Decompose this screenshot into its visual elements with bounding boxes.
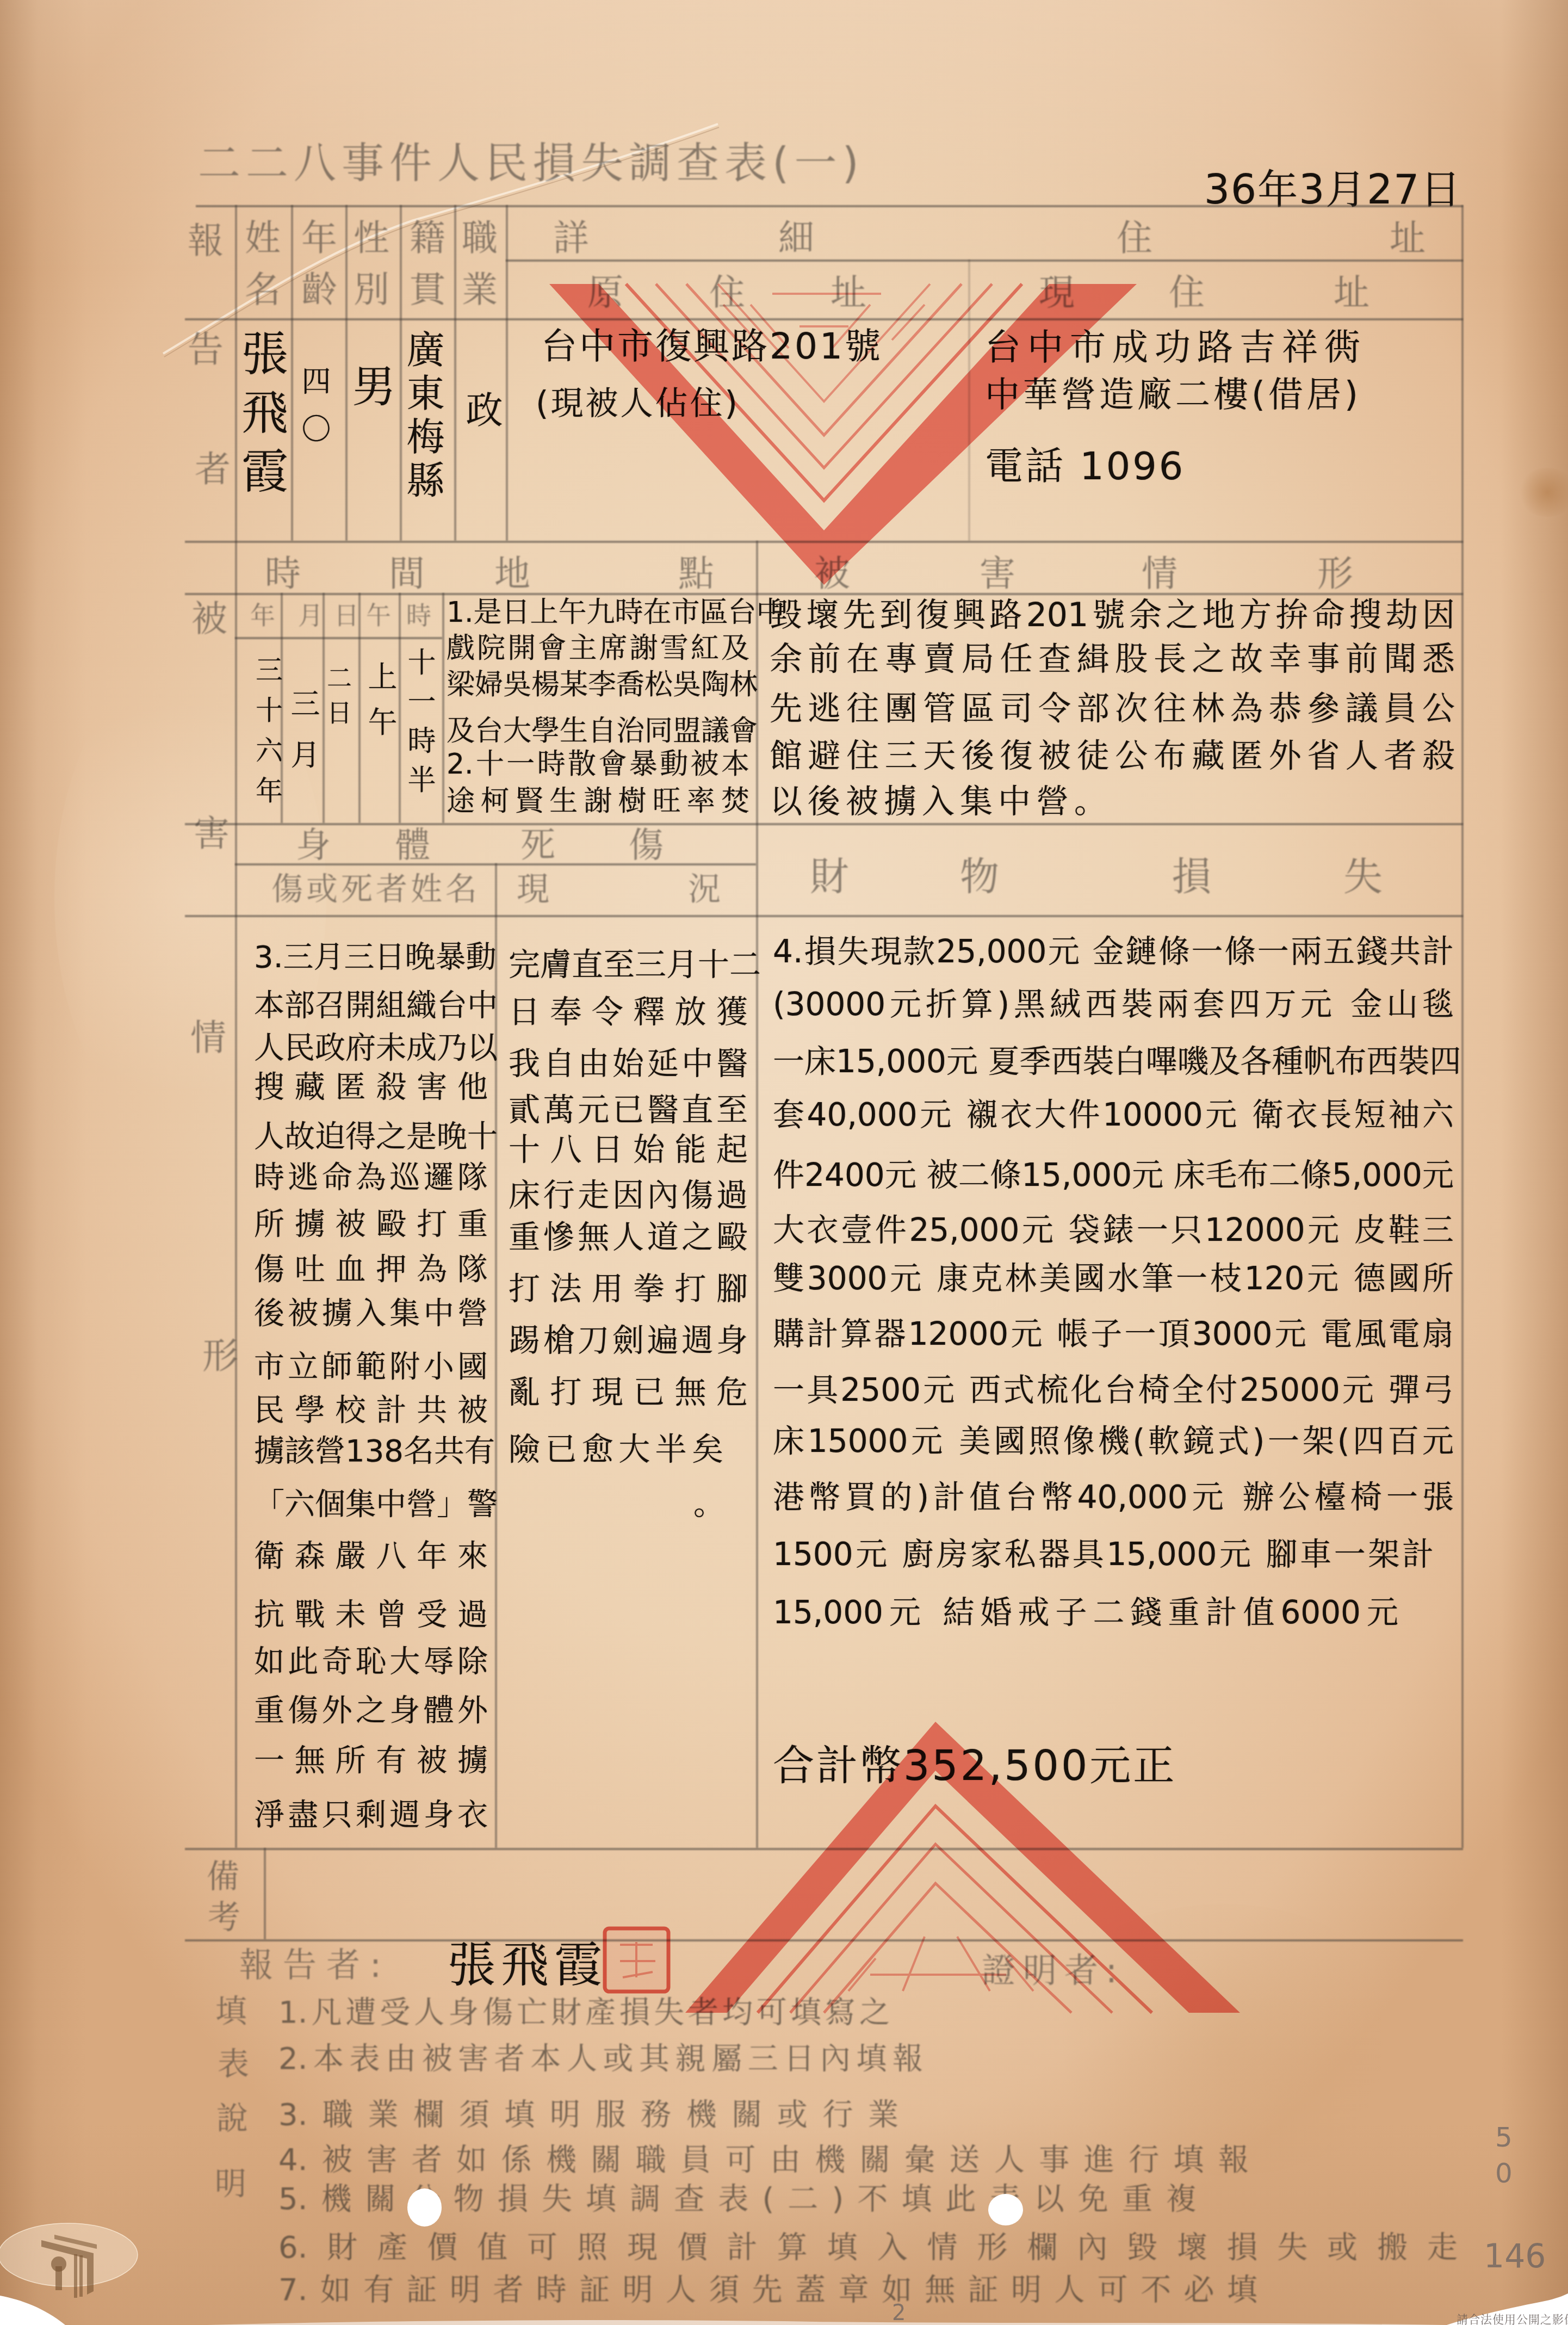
header-time-place: 地	[494, 556, 530, 592]
header-casualties: 傷	[629, 828, 664, 863]
header-current-address: 址	[1334, 275, 1369, 311]
watermark-text: 請合法使用公開之影像	[1457, 2311, 1568, 2325]
witness-signature-label: 證明者:	[982, 1954, 1125, 1988]
header-original-address: 原	[587, 275, 623, 311]
status-line: 險已愈大半矣	[509, 1433, 723, 1465]
damage-section-label-char: 被	[191, 601, 227, 637]
status-line: 。	[693, 1488, 725, 1519]
header-name: 名	[245, 272, 281, 308]
reporter-signature: 張飛霞	[448, 1941, 608, 1989]
form-rule	[454, 205, 456, 541]
incident-day: 二日	[325, 665, 350, 734]
form-rule	[185, 318, 1463, 320]
punch-hole	[407, 2188, 442, 2227]
reporter-name: 張飛霞	[237, 329, 284, 505]
reporter-occupation: 政	[462, 391, 499, 428]
header-original-address: 住	[709, 275, 745, 311]
header-time-unit: 年	[250, 603, 275, 628]
header-property: 物	[960, 857, 999, 896]
casualty-line: 所擄被毆打重	[254, 1209, 488, 1240]
casualty-line: 傷吐血押為隊	[254, 1254, 488, 1285]
casualty-line: 人故迫得之是晚十	[254, 1122, 488, 1152]
casualty-line: 淨盡只剩週身衣	[254, 1800, 488, 1831]
status-line: 完膚直至三月十二	[509, 949, 748, 980]
instruction-item: 1.凡遭受人身傷亡財產損失者均可填寫之	[278, 1998, 890, 2028]
original-address-line: 台中市復興路201號	[541, 329, 883, 364]
header-casualties: 身	[296, 828, 331, 863]
header-casualty-status: 況	[688, 873, 721, 906]
form-rule	[185, 1939, 1463, 1941]
header-time-place: 間	[389, 556, 425, 592]
header-sex: 性	[354, 220, 389, 256]
form-rule	[185, 823, 1463, 825]
header-address: 詳	[553, 220, 589, 256]
status-line: 日奉令釋放獲	[509, 996, 748, 1028]
header-property: 損	[1172, 857, 1211, 896]
header-occupation: 業	[462, 272, 498, 308]
status-line: 床行走因內傷過	[509, 1179, 748, 1211]
casualty-line: 市立師範附小國	[254, 1352, 488, 1382]
reporter-section-label-char: 者	[195, 452, 231, 487]
folio-number: 146	[1484, 2240, 1546, 2273]
paper-stain	[1033, 1904, 1414, 2176]
casualty-line: 衛森嚴八年來	[254, 1541, 488, 1572]
property-line: 港幣買的)計值台幣40,000元 辦公檯椅一張	[773, 1481, 1454, 1513]
rust-stain	[1517, 468, 1568, 517]
status-line: 我自由始延中醫	[509, 1048, 748, 1079]
property-line: 4.損失現款25,000元 金鏈條一條一兩五錢共計	[773, 936, 1454, 967]
original-address-note: (現被人佔住)	[536, 387, 740, 420]
form-rule	[506, 205, 508, 541]
header-situation: 情	[1142, 556, 1177, 592]
scanned-document-page: 二二八事件人民損失調查表(一) 36年3月27日 報 告 者 姓 年 性 籍 職…	[0, 0, 1568, 2325]
casualty-line: 如此奇恥大辱除	[254, 1647, 488, 1677]
instructions-label-char: 說	[216, 2103, 248, 2134]
instructions-label-char: 表	[218, 2048, 249, 2080]
property-line: 15,000元 結婚戒子二錢重計值6000元	[773, 1597, 1398, 1628]
property-line: 床15000元 美國照像機(軟鏡式)一架(四百元	[773, 1425, 1454, 1457]
situation-line: 余前在專賣局任查緝股長之故幸事前聞悉	[770, 643, 1455, 676]
header-age: 年	[301, 220, 337, 256]
report-date: 36年3月27日	[1204, 170, 1461, 210]
place-line: 1.是日上午九時在市區台中	[447, 598, 749, 627]
form-title: 二二八事件人民損失調查表(一)	[198, 143, 864, 185]
instruction-item: 7.如有証明者時証明人須先蓋章如無証明人可不必填	[278, 2275, 1257, 2305]
current-address-line: 台中市成功路吉祥衖	[985, 330, 1367, 366]
form-rule	[196, 205, 1463, 207]
damage-section-label-char: 害	[194, 816, 230, 852]
status-line: 貳萬元已醫直至	[509, 1094, 748, 1126]
place-line: 戲院開會主席謝雪紅及	[447, 634, 749, 663]
form-rule	[506, 259, 1463, 262]
header-time-unit: 月	[298, 603, 323, 628]
header-address: 細	[778, 220, 814, 256]
form-rule	[185, 1848, 1463, 1850]
casualty-line: 一無所有被擄	[254, 1746, 488, 1776]
form-rule	[291, 205, 293, 541]
place-line: 途柯賢生謝樹旺率焚	[447, 787, 749, 815]
header-casualty-status: 現	[517, 873, 549, 906]
casualty-line: 本部召開組織台中	[254, 991, 488, 1021]
property-line: 1500元 廚房家私器具15,000元 腳車一架計	[773, 1538, 1434, 1570]
phone-number: 電話 1096	[985, 447, 1185, 485]
header-age: 齡	[301, 272, 337, 308]
remarks-label-char: 考	[208, 1901, 240, 1934]
casualty-line: 3.三月三日晚暴動	[254, 942, 488, 973]
status-line: 踢槍刀劍遍週身	[509, 1325, 748, 1356]
instructions-label-char: 填	[215, 1995, 247, 2027]
status-line: 重慘無人道之毆	[509, 1221, 748, 1253]
casualty-line: 時逃命為巡邏隊	[254, 1162, 488, 1193]
instruction-item: 2.本表由被害者本人或其親屬三日內填報	[278, 2044, 923, 2074]
casualty-line: 人民政府未成乃以	[254, 1033, 488, 1063]
property-line: 件2400元 被二條15,000元 床毛布二條5,000元	[773, 1159, 1454, 1191]
header-situation: 被	[814, 556, 850, 592]
header-original-address: 址	[831, 275, 866, 311]
remarks-label-char: 備	[207, 1860, 239, 1893]
reporter-age: 四〇	[299, 366, 329, 461]
place-line: 2.十一時散會暴動被本	[447, 750, 749, 778]
incident-year: 三十六年	[253, 656, 281, 817]
property-line: 雙3000元 康克林美國水筆一枝120元 德國所	[773, 1263, 1454, 1294]
punch-hole	[988, 2194, 1023, 2225]
situation-line: 毀壞先到復興路201號余之地方拚命搜劫因	[770, 599, 1455, 632]
incident-period: 上午	[365, 661, 395, 752]
reporter-signature-label: 報告者:	[239, 1949, 391, 1982]
casualty-line: 「六個集中營」警	[254, 1489, 488, 1520]
header-property: 財	[810, 857, 849, 896]
incident-month: 三月	[288, 688, 318, 790]
property-line: (30000元折算)黑絨西裝兩套四万元 金山毯	[773, 988, 1454, 1020]
casualty-line: 後被擄入集中營	[254, 1298, 488, 1329]
status-line: 亂打現已無危	[509, 1376, 748, 1408]
casualty-line: 民學校計共被	[254, 1395, 488, 1426]
situation-line: 先逃往團管區司令部次往林為恭參議員公	[770, 692, 1455, 725]
header-time-unit: 日	[334, 603, 359, 628]
place-line: 及台大學生自治同盟議會	[447, 717, 749, 745]
header-time-place: 點	[678, 556, 714, 592]
form-rule	[968, 259, 970, 541]
header-casualties: 死	[520, 828, 555, 863]
property-line: 套40,000元 襯衣大件10000元 衛衣長短袖六	[773, 1099, 1454, 1130]
situation-line: 館避住三天後復被徒公布藏匿外省人者殺	[770, 740, 1455, 772]
header-time-unit: 午	[366, 603, 391, 628]
reporter-seal-icon	[605, 1928, 668, 1992]
casualty-line: 抗戰未曾受過	[254, 1600, 488, 1630]
header-casualties: 體	[395, 828, 430, 863]
instruction-item: 6.財產價值可照現價計算填入情形欄內毀壞損失或搬走	[278, 2233, 1458, 2263]
header-time-unit: 時	[406, 603, 431, 628]
header-situation: 害	[980, 556, 1015, 592]
instruction-item: 4.被害者如係機關職員可由機關彙送人事進行填報	[278, 2145, 1249, 2175]
form-rule	[235, 637, 442, 639]
header-address: 住	[1117, 220, 1152, 256]
header-current-address: 住	[1169, 275, 1205, 311]
property-line: 大衣壹件25,000元 袋錶一只12000元 皮鞋三	[773, 1214, 1454, 1246]
form-rule	[185, 541, 1463, 543]
situation-line: 以後被擄入集中營。	[770, 786, 1112, 818]
property-line: 購計算器12000元 帳子一頂3000元 電風電扇	[773, 1318, 1454, 1350]
form-rule	[442, 593, 444, 823]
form-rule	[185, 915, 1463, 917]
casualty-line: 擄該營138名共有	[254, 1436, 488, 1467]
header-property: 失	[1343, 857, 1383, 896]
casualty-line: 重傷外之身體外	[254, 1696, 488, 1726]
header-casualty-names: 傷或死者姓名	[271, 873, 480, 905]
header-native-place: 貫	[410, 272, 445, 308]
instructions-label-char: 明	[215, 2168, 246, 2199]
instruction-item: 3.職業欄須填明服務機關或行業	[278, 2100, 898, 2130]
form-rule	[399, 593, 401, 823]
status-line: 十八日始能起	[509, 1134, 748, 1165]
header-name: 姓	[245, 220, 281, 256]
reporter-section-label-char: 告	[188, 332, 224, 368]
pencil-mark: 2	[892, 2302, 906, 2324]
form-rule	[264, 1848, 266, 1939]
archive-logo-icon	[0, 2209, 147, 2317]
casualty-line: 搜藏匿殺害他	[254, 1072, 488, 1103]
folio-number: 50	[1490, 2122, 1517, 2193]
header-sex: 別	[354, 272, 389, 308]
property-line: 一床15,000元 夏季西裝白嗶嘰及各種帆布西裝四	[773, 1046, 1454, 1077]
header-address: 址	[1390, 220, 1426, 256]
property-total: 合計幣352,500元正	[773, 1745, 1176, 1786]
damage-section-label-char: 形	[202, 1338, 238, 1374]
status-line: 打法用拳打腳	[509, 1273, 748, 1304]
property-line: 一具2500元 西式梳化台椅全付25000元 彈弓	[773, 1374, 1454, 1406]
form-rule	[1461, 205, 1464, 1848]
reporter-native-place: 廣東梅縣	[404, 330, 442, 504]
place-line: 梁婦吳楊某李喬松吳陶林	[447, 671, 749, 699]
header-current-address: 現	[1039, 275, 1075, 311]
damage-section-label-char: 情	[190, 1020, 226, 1056]
reporter-sex: 男	[348, 363, 392, 407]
current-address-line: 中華營造廠二樓(借居)	[985, 378, 1361, 412]
header-occupation: 職	[462, 220, 498, 256]
header-time-place: 時	[265, 556, 301, 592]
header-native-place: 籍	[410, 220, 445, 256]
header-situation: 形	[1317, 556, 1353, 592]
incident-hour: 十一時半	[405, 647, 433, 804]
reporter-section-label-char: 報	[188, 223, 224, 259]
